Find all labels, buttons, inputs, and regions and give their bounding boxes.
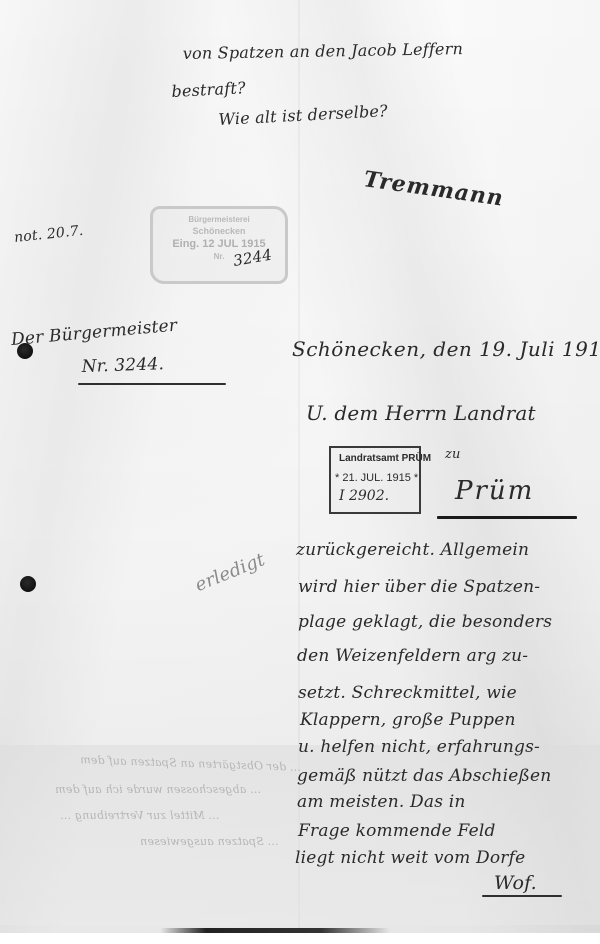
closing-underline — [482, 895, 562, 897]
recipient-line: U. dem Herrn Landrat — [306, 401, 536, 425]
body-line-1: zurückgereicht. Allgemein — [296, 540, 529, 560]
recipient-preposition: zu — [445, 447, 461, 462]
body-line-9: am meisten. Das in — [297, 792, 466, 812]
stamp-registry-number: I 2902. — [339, 488, 389, 504]
sender-underline — [78, 383, 226, 385]
punch-hole-bottom — [20, 576, 36, 592]
sender-number: Nr. 3244. — [81, 354, 164, 377]
top-note-line-3: Wie alt ist derselbe? — [218, 101, 388, 129]
top-note-line-2: bestraft? — [171, 78, 246, 101]
body-line-5: setzt. Schreckmittel, wie — [298, 683, 517, 703]
top-note-line-1: von Spatzen an den Jacob Leffern — [183, 39, 463, 63]
bleed-through-line-2: ... abgeschossen wurde ich auf dem — [55, 783, 261, 796]
received-stamp-line-2: Schönecken — [153, 226, 285, 236]
body-line-8: gemäß nützt das Abschießen — [297, 766, 551, 786]
scanned-letter-page: von Spatzen an den Jacob Leffern bestraf… — [0, 0, 600, 944]
body-line-6: Klappern, große Puppen — [300, 710, 516, 730]
city-underline — [437, 516, 577, 519]
received-stamp-line-1: Bürgermeisterei — [153, 215, 285, 224]
punch-hole-top — [17, 343, 33, 359]
margin-note: erledigt — [192, 549, 268, 596]
signature: Tremmann — [362, 166, 505, 211]
received-note: not. 20.7. — [13, 223, 84, 246]
bleed-through-line-3: ... Mittel zur Vertreibung ... — [60, 809, 219, 822]
body-line-2: wird hier über die Spatzen- — [298, 577, 540, 597]
scan-margin — [0, 933, 600, 944]
body-line-7: u. helfen nicht, erfahrungs- — [298, 737, 540, 757]
body-line-11: liegt nicht weit vom Dorfe — [295, 848, 525, 868]
recipient-city: Prüm — [455, 476, 534, 506]
landratsamt-stamp: Landratsamt PRÜM * 21. JUL. 1915 * I 290… — [329, 446, 421, 514]
stamp-date: * 21. JUL. 1915 * — [335, 472, 418, 484]
sender-title: Der Bürgermeister — [10, 316, 178, 350]
body-line-3: plage geklagt, die besonders — [298, 612, 552, 632]
bleed-through-line-4: ... Spatzen ausgewiesen — [140, 835, 279, 848]
place-date: Schönecken, den 19. Juli 1915 — [292, 337, 600, 361]
closing: Wof. — [494, 872, 537, 894]
body-line-10: Frage kommende Feld — [298, 821, 496, 841]
stamp-office: Landratsamt PRÜM — [339, 452, 431, 464]
body-line-4: den Weizenfeldern arg zu- — [297, 646, 528, 666]
